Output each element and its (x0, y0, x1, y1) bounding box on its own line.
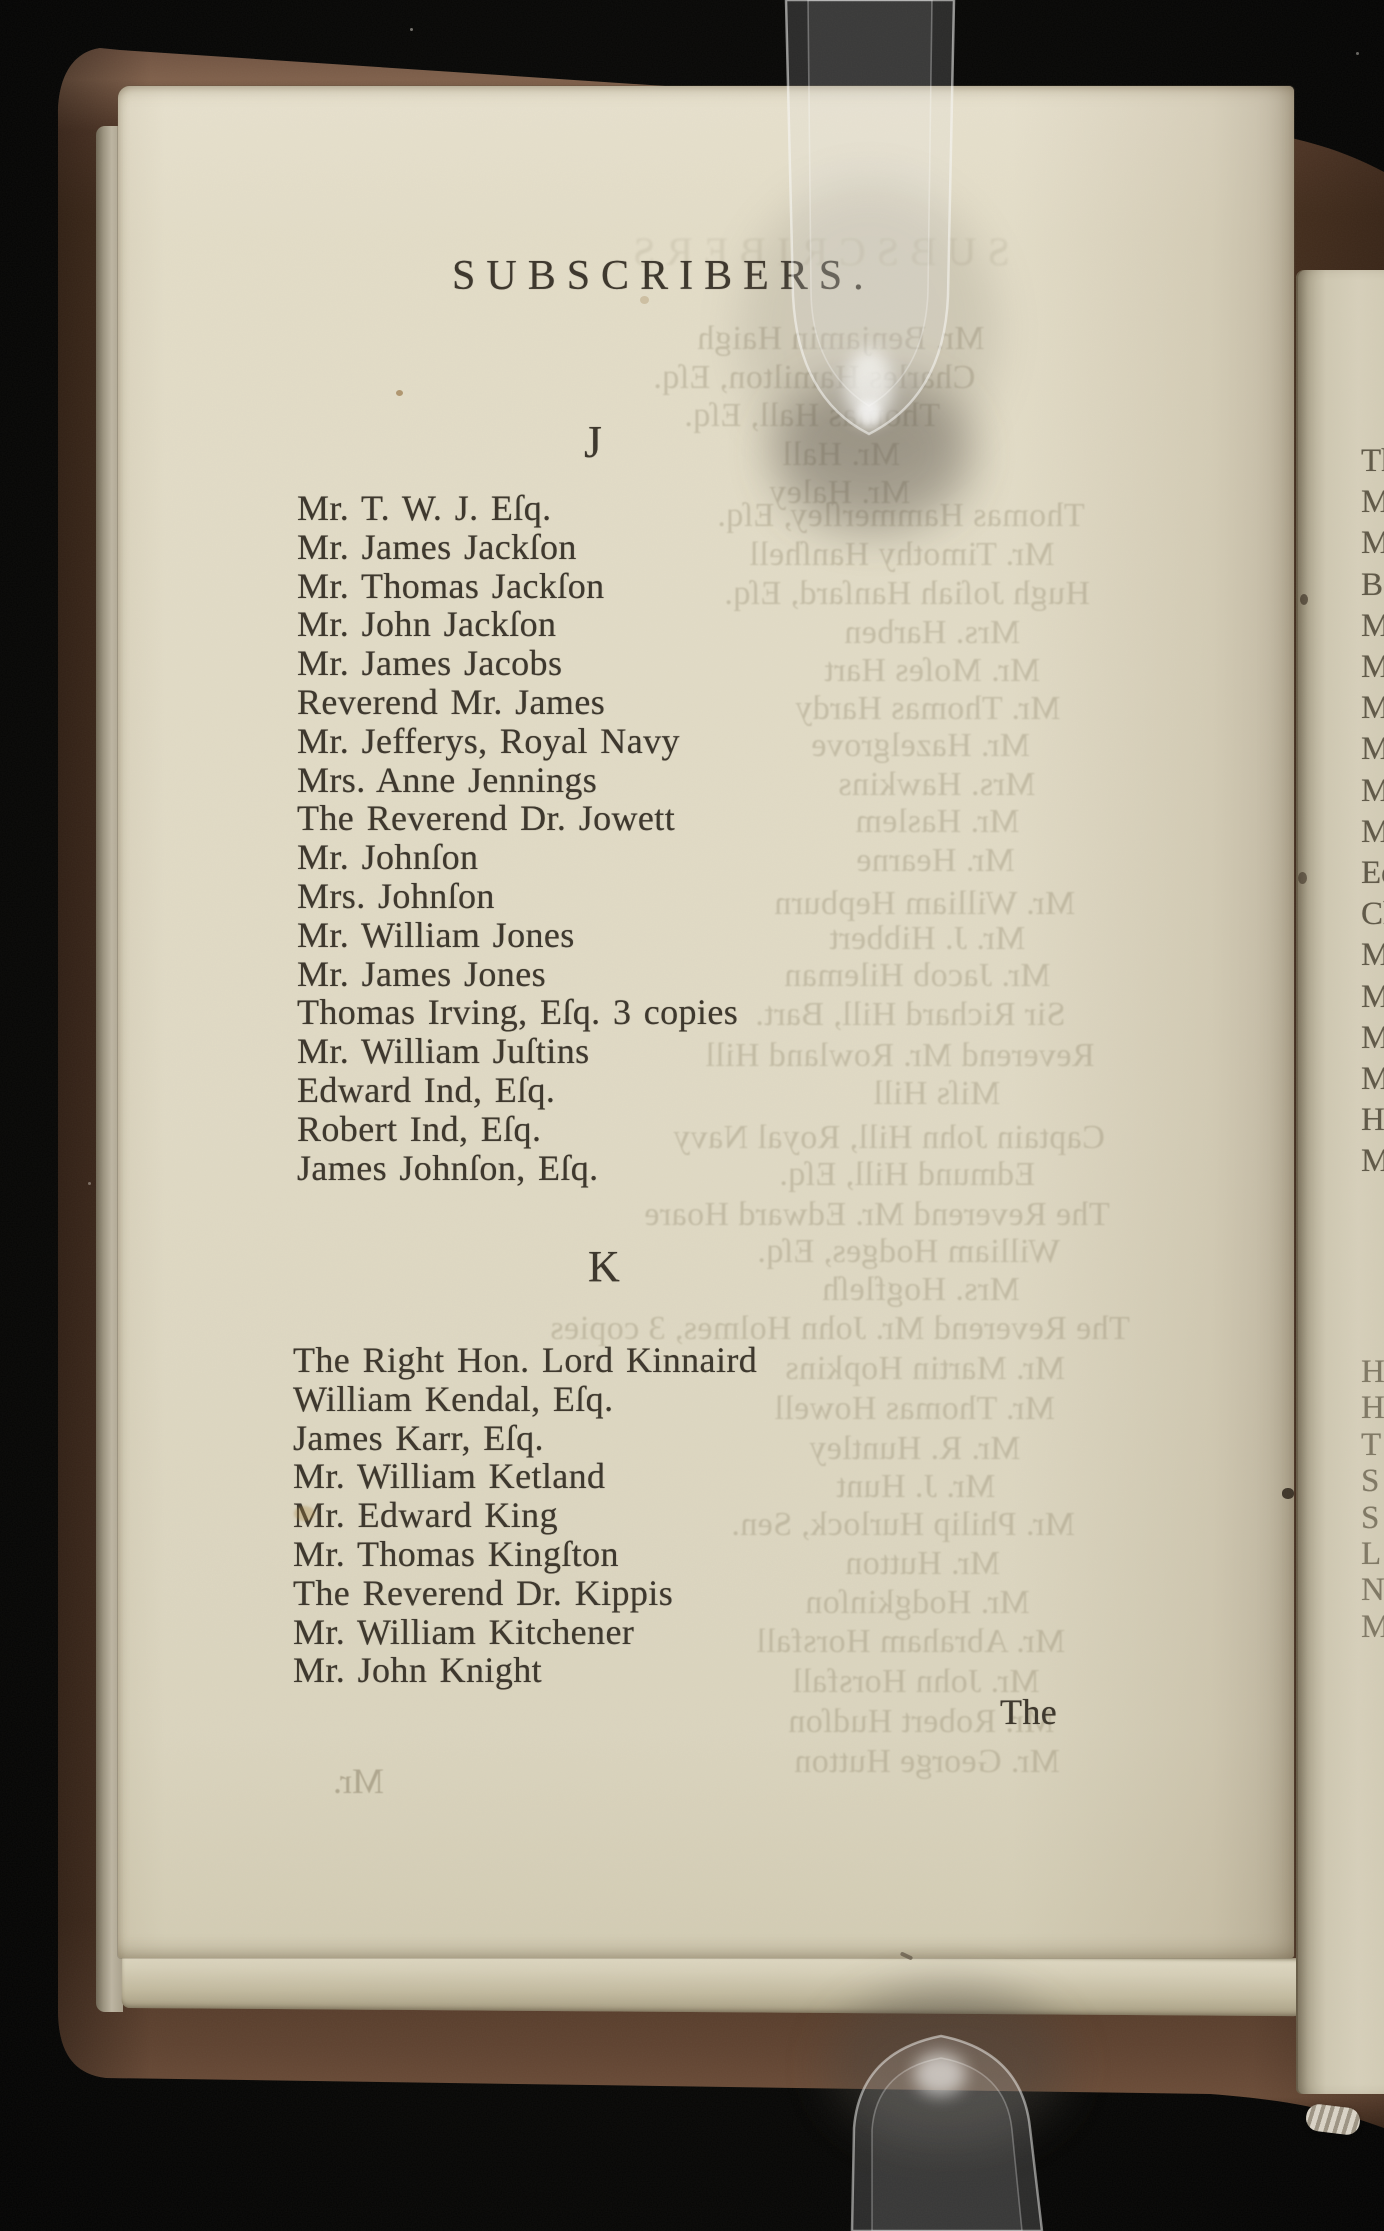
facing-page-text-fragment: H (1361, 1354, 1384, 1391)
bleedthrough-line: Mr. William Hepburn (774, 885, 1075, 923)
facing-page-text-fragment: Mr. (1361, 608, 1384, 645)
bleedthrough-line: Mr. J. Hunt (836, 1468, 995, 1506)
subscriber-entry: The Right Hon. Lord Kinnaird (293, 1341, 757, 1380)
facing-page-text-fragment: S (1361, 1463, 1379, 1500)
subscriber-entry: James Johnſon, Eſq. (297, 1149, 738, 1188)
facing-page-text-fragment: Mr. (1361, 937, 1384, 974)
crease-speck (1298, 872, 1307, 884)
bleedthrough-line: Edmund Hill, Eſq. (779, 1156, 1035, 1194)
facing-page-text-fragment: Mr. (1361, 649, 1384, 686)
subscriber-entry: Mr. Edward King (293, 1496, 757, 1535)
bleedthrough-line: Mr. George Hutton (794, 1743, 1060, 1781)
bleedthrough-line: Mr. R. Huntley (809, 1430, 1021, 1468)
bleedthrough-line: Mr. Hutton (845, 1545, 1000, 1583)
subscriber-entry: William Kendal, Eſq. (293, 1380, 757, 1419)
bleedthrough-line: Mr. Hodgkinſon (805, 1584, 1030, 1622)
subscriber-entry: Edward Ind, Eſq. (297, 1071, 738, 1110)
facing-page-text-fragment: Edw (1361, 855, 1384, 892)
bleedthrough-margin-word: Mr. (333, 1760, 384, 1802)
subscriber-entry: Mr. John Jackſon (297, 605, 738, 644)
foxing-spot (640, 296, 649, 304)
subscriber-list-k: The Right Hon. Lord KinnairdWilliam Kend… (293, 1341, 757, 1690)
bleedthrough-line: Mr. J. Hibbert (829, 920, 1025, 958)
bleedthrough-line: Mrs. Hogfleſh (822, 1271, 1020, 1309)
bleedthrough-line: William Hodges, Eſq. (757, 1233, 1060, 1271)
facing-page-text-fragment: Mr. (1361, 484, 1384, 521)
bleedthrough-line: Mr. Benjamin Haigh (697, 320, 985, 358)
foxing-spot (396, 390, 403, 396)
crease-speck (1300, 594, 1308, 605)
bleedthrough-line: Mrs. Hawkins (838, 766, 1035, 804)
bleedthrough-line: Mr. Abraham Horsfall (756, 1623, 1065, 1661)
bleedthrough-line: Sir Richard Hill, Bart. (755, 996, 1065, 1034)
bleedthrough-line: Hugh Joſiah Hanſard, Eſq. (724, 575, 1090, 613)
facing-page-text-fragment: S (1361, 1500, 1379, 1537)
facing-page-text-fragment: Mr. (1361, 814, 1384, 851)
subscriber-entry: Robert Ind, Eſq. (297, 1110, 738, 1149)
facing-page-text-fragment: H (1361, 1390, 1384, 1427)
subscriber-entry: Mr. James Jacobs (297, 644, 738, 683)
bleedthrough-line: Mr. Hazelgrove (811, 727, 1030, 765)
subscriber-entry: Mr. John Knight (293, 1651, 757, 1690)
facing-page-text-fragment: Mr. (1361, 979, 1384, 1016)
facing-page-text-fragment: Mr. (1361, 525, 1384, 562)
facing-page-text-fragment: Mrs (1361, 1143, 1384, 1180)
bleedthrough-line: Miſs Hill (873, 1075, 1000, 1113)
foxing-stain (294, 1506, 315, 1521)
bleedthrough-line: Thomas Hammerſley, Eſq. (717, 497, 1085, 535)
subscriber-entry: Mr. Jefferys, Royal Navy (297, 722, 738, 761)
bleedthrough-line: Mr. Jacob Hileman (784, 957, 1050, 995)
bleedthrough-line: Mr. Thomas Howell (774, 1390, 1055, 1428)
subscriber-entry: Thomas Irving, Eſq. 3 copies (297, 993, 738, 1032)
subscriber-entry: Mr. William Jones (297, 916, 738, 955)
bleedthrough-line: Thomas Hall, Eſq. (684, 397, 940, 435)
facing-page-text-fragment: M (1361, 1609, 1384, 1646)
subscriber-list-j: Mr. T. W. J. Eſq.Mr. James JackſonMr. Th… (297, 489, 738, 1187)
bleedthrough-line: Mr. Martin Hopkins (785, 1350, 1065, 1388)
subscriber-entry: Mr. James Jones (297, 955, 738, 994)
facing-page-text-fragment: He (1361, 1102, 1384, 1139)
subscriber-entry: Mrs. Johnſon (297, 877, 738, 916)
bleedthrough-line: Mr. Hearne (856, 842, 1015, 880)
dust-speck (410, 28, 413, 31)
bleedthrough-line: Mr. Hall (782, 436, 900, 474)
facing-page-text-fragment: Th (1361, 443, 1384, 480)
bleedthrough-line: Mr. Haslem (855, 803, 1020, 841)
subscriber-entry: Reverend Mr. James (297, 683, 738, 722)
subscriber-entry: The Reverend Dr. Jowett (297, 799, 738, 838)
subscriber-entry: Mr. Thomas Jackſon (297, 567, 738, 606)
facing-page-text-fragment: Mr. (1361, 773, 1384, 810)
facing-page-text-fragment: Cha (1361, 896, 1384, 933)
facing-page-text-fragment: Mr. (1361, 731, 1384, 768)
subscriber-entry: Mr. James Jackſon (297, 528, 738, 567)
dust-speck (1356, 52, 1359, 55)
facing-page-text-fragment: L (1361, 1536, 1381, 1573)
bleedthrough-line: Mr. Philip Hurlock, Sen. (731, 1506, 1075, 1544)
page-stack-bottom-edge (122, 1950, 1306, 2016)
ink-speck (1282, 1488, 1294, 1499)
bleedthrough-line: Charles Hamilton, Eſq. (653, 359, 975, 397)
subscriber-entry: Mr. T. W. J. Eſq. (297, 489, 738, 528)
facing-page-text-fragment: Mr. (1361, 1020, 1384, 1057)
subscriber-entry: Mr. William Kitchener (293, 1613, 757, 1652)
bleedthrough-line: Reverend Mr. Rowland Hill (705, 1037, 1095, 1075)
subscriber-entry: Mr. William Juſtins (297, 1032, 738, 1071)
subscriber-entry: The Reverend Dr. Kippis (293, 1574, 757, 1613)
catchword: The (1000, 1691, 1057, 1733)
facing-page-text-fragment: Mr. (1361, 690, 1384, 727)
bleedthrough-line: Mr. Moſes Hart (824, 652, 1040, 690)
subscriber-entry: James Karr, Eſq. (293, 1419, 757, 1458)
facing-page-text-fragment: T (1361, 1427, 1381, 1464)
subscriber-entry: Mr. Thomas Kingſton (293, 1535, 757, 1574)
subscriber-entry: Mr. Johnſon (297, 838, 738, 877)
facing-page-text-fragment: Ben (1361, 567, 1384, 604)
subscriber-entry: Mr. William Ketland (293, 1457, 757, 1496)
bleedthrough-line: Mr. Timothy Hanſhell (749, 536, 1055, 574)
subscriber-entry: Mrs. Anne Jennings (297, 761, 738, 800)
bleedthrough-line: Mrs. Harben (844, 614, 1020, 652)
section-heading-k: K (588, 1241, 620, 1292)
facing-page-text-fragment: Mr. (1361, 1061, 1384, 1098)
page-title: SUBSCRIBERS. (452, 252, 875, 300)
book-photograph: SUBSCRIBERS. Mr. Benjamin HaighCharles H… (0, 0, 1384, 2231)
facing-page-text-fragment: N (1361, 1572, 1384, 1609)
bleedthrough-line: The Reverend Mr. Edward Hoare (644, 1196, 1110, 1234)
section-heading-j: J (584, 415, 602, 468)
dust-speck (88, 1182, 91, 1185)
bleedthrough-line: Mr. Thomas Hardy (795, 690, 1060, 728)
